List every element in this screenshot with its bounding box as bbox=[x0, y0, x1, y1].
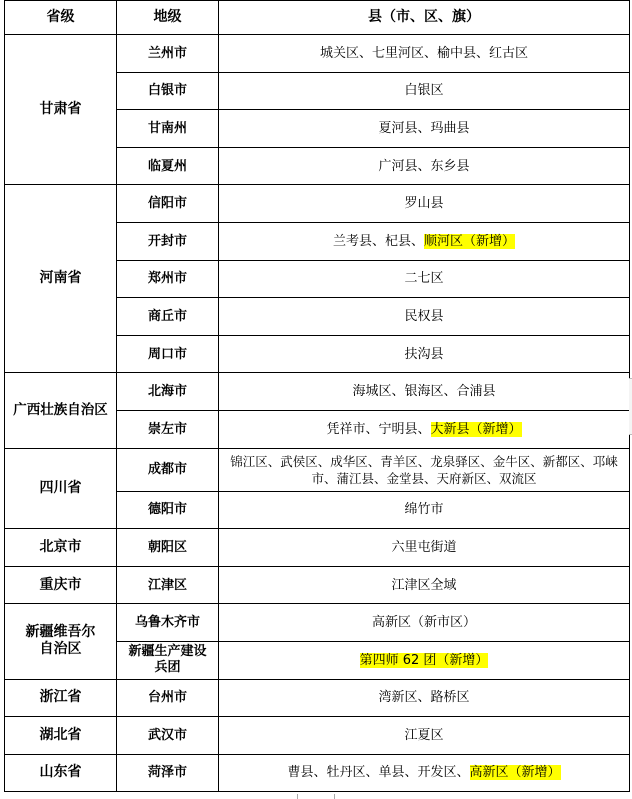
county-cell: 六里屯街道 bbox=[219, 529, 630, 567]
province-cell: 四川省 bbox=[5, 448, 117, 529]
table-row: 湖北省 武汉市 江夏区 bbox=[5, 717, 630, 755]
province-cell: 北京市 bbox=[5, 529, 117, 567]
county-cell: 湾新区、路桥区 bbox=[219, 679, 630, 717]
prefecture-cell: 北海市 bbox=[117, 373, 219, 411]
county-cell: 曹县、牡丹区、单县、开发区、高新区（新增） bbox=[219, 754, 630, 792]
page-scroll-marker bbox=[297, 794, 335, 799]
region-table: 省级 地级 县（市、区、旗） 甘肃省 兰州市 城关区、七里河区、榆中县、红古区 … bbox=[4, 0, 630, 792]
prefecture-cell: 德阳市 bbox=[117, 491, 219, 529]
prefecture-cell: 台州市 bbox=[117, 679, 219, 717]
table-row: 新疆维吾尔自治区 乌鲁木齐市 高新区（新市区） bbox=[5, 604, 630, 642]
header-row: 省级 地级 县（市、区、旗） bbox=[5, 1, 630, 35]
prefecture-cell: 朝阳区 bbox=[117, 529, 219, 567]
county-cell: 城关区、七里河区、榆中县、红古区 bbox=[219, 35, 630, 73]
province-cell: 山东省 bbox=[5, 754, 117, 792]
county-cell: 扶沟县 bbox=[219, 335, 630, 373]
table-row: 浙江省 台州市 湾新区、路桥区 bbox=[5, 679, 630, 717]
county-text: 兰考县、杞县、 bbox=[333, 234, 424, 249]
header-prefecture: 地级 bbox=[117, 1, 219, 35]
table-row: 山东省 菏泽市 曹县、牡丹区、单县、开发区、高新区（新增） bbox=[5, 754, 630, 792]
header-province: 省级 bbox=[5, 1, 117, 35]
table-row: 重庆市 江津区 江津区全域 bbox=[5, 566, 630, 604]
new-county-highlight: 第四师 62 团（新增） bbox=[360, 653, 489, 668]
county-cell: 民权县 bbox=[219, 298, 630, 336]
prefecture-cell: 郑州市 bbox=[117, 260, 219, 298]
prefecture-cell: 武汉市 bbox=[117, 717, 219, 755]
county-cell: 江津区全域 bbox=[219, 566, 630, 604]
county-cell: 广河县、东乡县 bbox=[219, 147, 630, 185]
prefecture-cell: 开封市 bbox=[117, 222, 219, 260]
county-cell: 二七区 bbox=[219, 260, 630, 298]
county-cell: 江夏区 bbox=[219, 717, 630, 755]
county-cell: 锦江区、武侯区、成华区、青羊区、龙泉驿区、金牛区、新都区、邛崃市、蒲江县、金堂县… bbox=[219, 448, 630, 491]
prefecture-cell: 白银市 bbox=[117, 72, 219, 110]
province-cell: 甘肃省 bbox=[5, 35, 117, 185]
new-county-highlight: 大新县（新增） bbox=[431, 422, 522, 437]
prefecture-cell: 新疆生产建设兵团 bbox=[117, 641, 219, 679]
county-text: 凭祥市、宁明县、 bbox=[326, 422, 430, 437]
province-cell: 广西壮族自治区 bbox=[5, 373, 117, 448]
province-cell: 河南省 bbox=[5, 185, 117, 373]
table-row: 河南省 信阳市 罗山县 bbox=[5, 185, 630, 223]
header-county: 县（市、区、旗） bbox=[219, 1, 630, 35]
table-row: 北京市 朝阳区 六里屯街道 bbox=[5, 529, 630, 567]
province-cell: 湖北省 bbox=[5, 717, 117, 755]
county-cell: 夏河县、玛曲县 bbox=[219, 110, 630, 148]
province-cell: 新疆维吾尔自治区 bbox=[5, 604, 117, 679]
prefecture-cell: 周口市 bbox=[117, 335, 219, 373]
new-county-highlight: 高新区（新增） bbox=[470, 765, 561, 780]
prefecture-cell: 商丘市 bbox=[117, 298, 219, 336]
county-cell: 白银区 bbox=[219, 72, 630, 110]
table-row: 甘肃省 兰州市 城关区、七里河区、榆中县、红古区 bbox=[5, 35, 630, 73]
prefecture-cell: 崇左市 bbox=[117, 410, 219, 448]
county-cell: 凭祥市、宁明县、大新县（新增） bbox=[219, 410, 630, 448]
prefecture-cell: 兰州市 bbox=[117, 35, 219, 73]
new-county-highlight: 顺河区（新增） bbox=[424, 234, 515, 249]
prefecture-cell: 甘南州 bbox=[117, 110, 219, 148]
prefecture-cell: 临夏州 bbox=[117, 147, 219, 185]
province-cell: 重庆市 bbox=[5, 566, 117, 604]
county-text: 曹县、牡丹区、单县、开发区、 bbox=[287, 765, 469, 780]
prefecture-cell: 江津区 bbox=[117, 566, 219, 604]
table-row: 广西壮族自治区 北海市 海城区、银海区、合浦县 bbox=[5, 373, 630, 411]
county-cell: 兰考县、杞县、顺河区（新增） bbox=[219, 222, 630, 260]
county-cell: 高新区（新市区） bbox=[219, 604, 630, 642]
prefecture-cell: 成都市 bbox=[117, 448, 219, 491]
prefecture-cell: 乌鲁木齐市 bbox=[117, 604, 219, 642]
county-cell: 绵竹市 bbox=[219, 491, 630, 529]
province-cell: 浙江省 bbox=[5, 679, 117, 717]
county-cell: 罗山县 bbox=[219, 185, 630, 223]
table-row: 四川省 成都市 锦江区、武侯区、成华区、青羊区、龙泉驿区、金牛区、新都区、邛崃市… bbox=[5, 448, 630, 491]
prefecture-cell: 菏泽市 bbox=[117, 754, 219, 792]
prefecture-cell: 信阳市 bbox=[117, 185, 219, 223]
county-cell: 第四师 62 团（新增） bbox=[219, 641, 630, 679]
county-cell: 海城区、银海区、合浦县 bbox=[219, 373, 630, 411]
